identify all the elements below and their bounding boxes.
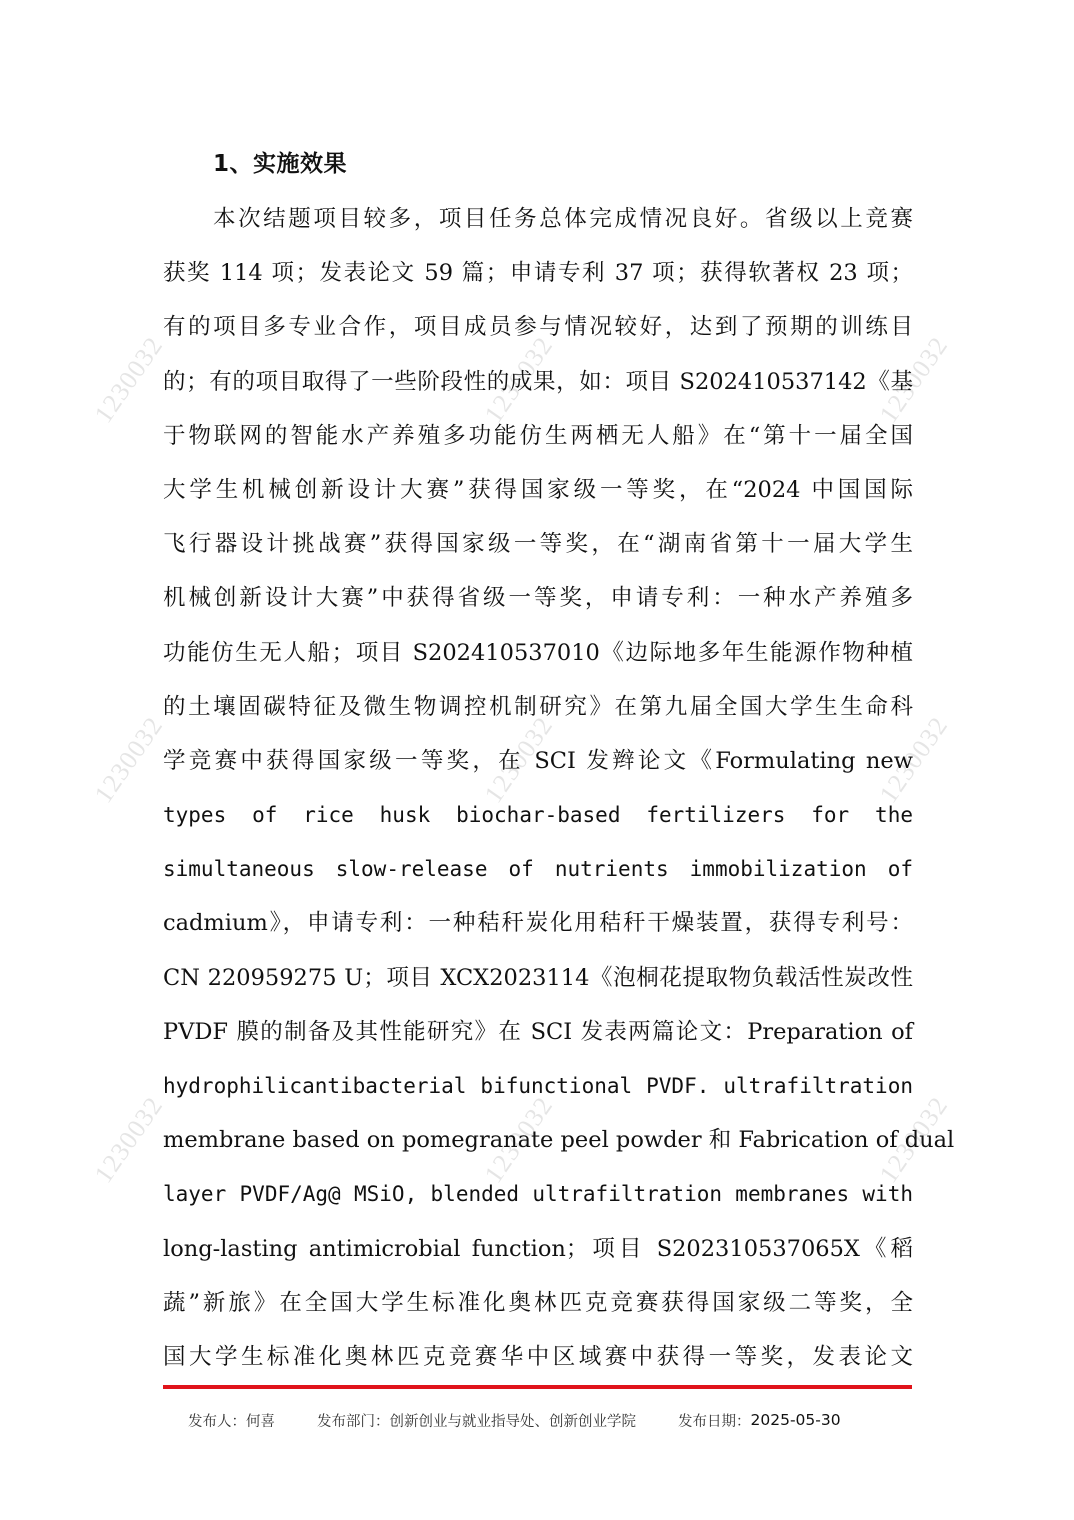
paragraph-line: membrane based on pomegranate peel powde… [163, 1113, 913, 1167]
paragraph-line: 获奖 114 项；发表论文 59 篇；申请专利 37 项；获得软著权 23 项； [163, 246, 913, 300]
paragraph-line: PVDF 膜的制备及其性能研究》在 SCI 发表两篇论文：Preparation… [163, 1005, 913, 1059]
body-paragraph: 本次结题项目较多，项目任务总体完成情况良好。省级以上竞赛 获奖 114 项；发表… [163, 192, 913, 1384]
paragraph-line: 功能仿生无人船；项目 S202410537010《边际地多年生能源作物种植 [163, 626, 913, 680]
footer-divider [163, 1385, 912, 1389]
paragraph-line: 本次结题项目较多，项目任务总体完成情况良好。省级以上竞赛 [163, 192, 913, 246]
watermark: 1230032 [89, 1091, 170, 1188]
paragraph-line: 大学生机械创新设计大赛”获得国家级一等奖，在“2024 中国国际 [163, 463, 913, 517]
watermark: 1230032 [89, 331, 170, 428]
paragraph-line: CN 220959275 U；项目 XCX2023114《泡桐花提取物负载活性炭… [163, 951, 913, 1005]
paragraph-line: 有的项目多专业合作，项目成员参与情况较好，达到了预期的训练目 [163, 300, 913, 354]
paragraph-line: types of rice husk biochar-based fertili… [163, 788, 913, 842]
paragraph-line: 的；有的项目取得了一些阶段性的成果，如：项目 S202410537142《基 [163, 355, 913, 409]
section-heading: 1、实施效果 [213, 146, 347, 182]
document-page: 1230032 1230032 1230032 1230032 1230032 … [0, 0, 1074, 1520]
paragraph-line: layer PVDF/Ag@ MSiO, blended ultrafiltra… [163, 1167, 913, 1221]
paragraph-line: 飞行器设计挑战赛”获得国家级一等奖，在“湖南省第十一届大学生 [163, 517, 913, 571]
paragraph-line: 学竞赛中获得国家级一等奖，在 SCI 发辫论文《Formulating new [163, 734, 913, 788]
watermark: 1230032 [89, 711, 170, 808]
paragraph-line: 于物联网的智能水产养殖多功能仿生两栖无人船》在“第十一届全国 [163, 409, 913, 463]
paragraph-line: 机械创新设计大赛”中获得省级一等奖，申请专利：一种水产养殖多 [163, 571, 913, 625]
paragraph-line: 的土壤固碳特征及微生物调控机制研究》在第九届全国大学生生命科 [163, 680, 913, 734]
paragraph-line: 蔬”新旅》在全国大学生标准化奥林匹克竞赛获得国家级二等奖，全 [163, 1276, 913, 1330]
paragraph-line: simultaneous slow-release of nutrients i… [163, 842, 913, 896]
paragraph-line: long-lasting antimicrobial function；项目 S… [163, 1222, 913, 1276]
paragraph-line: 国大学生标准化奥林匹克竞赛华中区域赛中获得一等奖，发表论文 [163, 1330, 913, 1384]
paragraph-line: cadmium》，申请专利：一种秸秆炭化用秸秆干燥装置，获得专利号： [163, 896, 913, 950]
paragraph-line: hydrophilicantibacterial bifunctional PV… [163, 1059, 913, 1113]
department-text: 发布部门：创新创业与就业指导处、创新创业学院 [317, 1410, 636, 1431]
date-label: 发布日期： [678, 1410, 751, 1431]
date-value: 2025-05-30 [751, 1411, 841, 1429]
page-footer: 发布人：何喜 发布部门：创新创业与就业指导处、创新创业学院 发布日期： 2025… [188, 1408, 908, 1432]
publisher-text: 发布人：何喜 [188, 1410, 275, 1431]
